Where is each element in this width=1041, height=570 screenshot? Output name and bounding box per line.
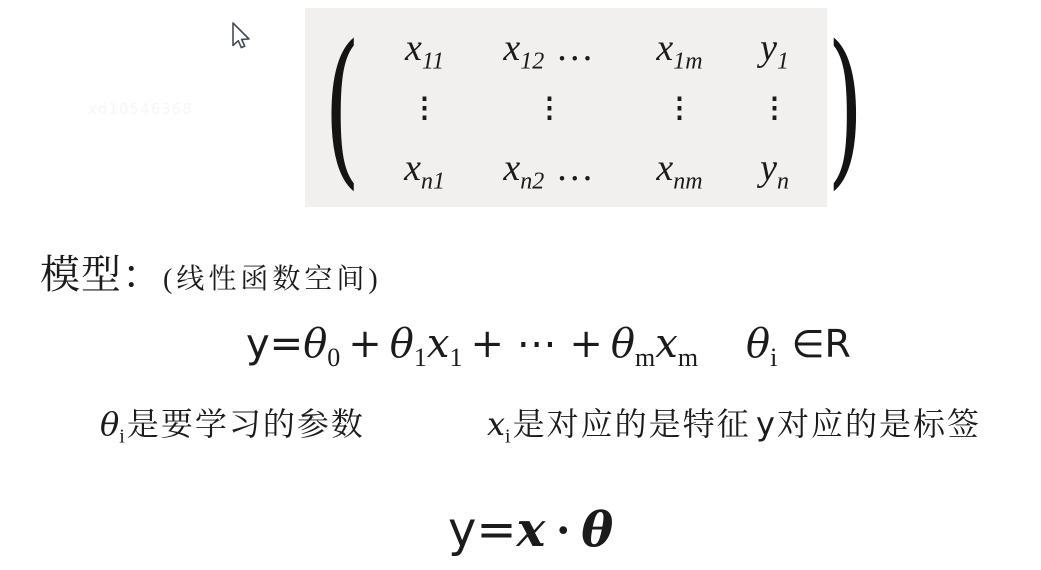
linear-model-equation: y=θ0+θ1x1+ ⋯ +θmxmθi∈R xyxy=(246,320,851,367)
matrix-cell-yn: yn xyxy=(760,146,789,190)
data-matrix-image: ( x11 x12 … x1m y1 ⋮ ⋮ ⋮ ⋮ xn1 xn2 … xnm… xyxy=(305,8,827,207)
matrix-cell-xnm: xnm xyxy=(656,146,702,190)
theta-in-reals-condition: θi∈R xyxy=(746,321,851,366)
term-thetam-xm: θmxm xyxy=(611,321,698,366)
matrix-right-paren: ) xyxy=(827,7,863,209)
annotation-theta-parameters: θi是要学习的参数 xyxy=(100,399,365,445)
model-heading: 模型：(线性函数空间) xyxy=(40,243,382,300)
plus-operator: + xyxy=(348,321,382,367)
matrix-vdots-3: ⋮ xyxy=(666,91,694,125)
matrix-cell-x12-dots: x12 … xyxy=(503,26,595,70)
slide-canvas: xd10546368 ( x11 x12 … x1m y1 ⋮ ⋮ ⋮ ⋮ xn… xyxy=(0,0,1041,570)
dot-product-operator: · xyxy=(555,504,571,557)
bold-theta-vector: θ xyxy=(581,502,613,558)
watermark-text: xd10546368 xyxy=(88,100,193,118)
matrix-cell-x1m: x1m xyxy=(656,26,702,70)
plus-ellipsis-operator: + ⋯ + xyxy=(470,321,602,367)
annotation-x-features: xi是对应的是特征 xyxy=(487,399,751,445)
matrix-left-paren: ( xyxy=(324,7,360,209)
matrix-cell-xn1: xn1 xyxy=(404,146,445,190)
matrix-cell-y1: y1 xyxy=(760,26,789,70)
matrix-vdots-2: ⋮ xyxy=(536,91,564,125)
matrix-vdots-1: ⋮ xyxy=(411,91,439,125)
annotation-y-labels: y对应的是标签 xyxy=(756,399,981,445)
matrix-grid: x11 x12 … x1m y1 ⋮ ⋮ ⋮ ⋮ xn1 xn2 … xnm y… xyxy=(374,17,814,199)
matrix-cell-x11: x11 xyxy=(405,26,444,70)
matrix-cell-xn2-dots: xn2 … xyxy=(503,146,595,190)
term-theta0: θ0 xyxy=(303,321,340,366)
model-heading-title: 模型： xyxy=(40,252,163,297)
term-theta1-x1: θ1x1 xyxy=(390,321,463,366)
final-equation-lhs: y= xyxy=(448,502,517,558)
bold-x-vector: x xyxy=(517,502,546,558)
mouse-pointer-icon xyxy=(228,20,254,57)
matrix-vdots-4: ⋮ xyxy=(761,91,789,125)
model-heading-subtitle: (线性函数空间) xyxy=(163,264,382,295)
vector-form-equation: y=x·θ xyxy=(448,502,613,558)
equation-lhs: y= xyxy=(246,321,303,367)
